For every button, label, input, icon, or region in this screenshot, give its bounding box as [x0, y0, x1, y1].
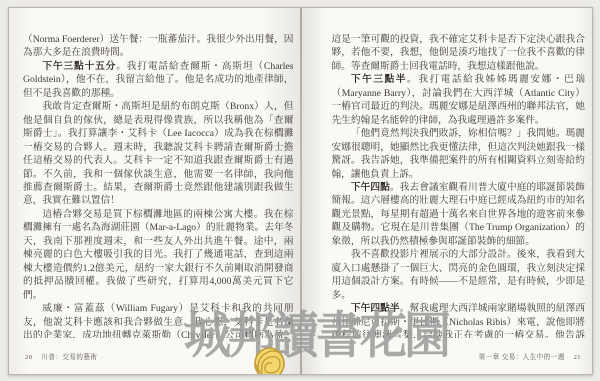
- right-page: 這是一筆可觀的投資，我不確定艾科卡是否下定決心跟我合夥，若他不要，我想，他倒是湊…: [301, 8, 593, 374]
- paragraph: 威廉・富蓋茲（William Fugary）是艾科卡和我的共同朋友，他說艾科卡應…: [23, 302, 294, 338]
- paragraph: 下午四點。我去會議室觀看川普大廈中庭的耶誕節裝飾簡報。這六層樓高的壯麗大理石中庭…: [332, 181, 586, 248]
- paragraph: 下午三點十五分。我打電話給查爾斯・高斯坦（Charles Goldstein），…: [23, 60, 294, 100]
- paragraph: 下午四點半。幫我處理大西洋城兩家賭場執照的紐澤西州律師尼可拉斯・里比斯（Nich…: [332, 302, 586, 338]
- left-page-text: （Norma Foerderer）送午餐：一瓶蕃茄汁。我很少外出用餐，因為那大多…: [23, 33, 294, 338]
- right-page-text: 這是一筆可觀的投資，我不確定艾科卡是否下定決心跟我合夥，若他不要，我想，他倒是湊…: [332, 33, 586, 338]
- left-page-footer: 20川普：交易的藝術: [25, 351, 97, 361]
- paragraph: （Norma Foerderer）送午餐：一瓶蕃茄汁。我很少外出用餐，因為那大多…: [23, 33, 294, 60]
- chapter-title: 第一章 交易：人生中的一週: [479, 354, 565, 361]
- page-gutter: [300, 8, 302, 374]
- book-title: 川普：交易的藝術: [41, 354, 97, 361]
- paragraph: 我敢肯定查爾斯・高斯坦是紐約布朗克斯（Bronx）人，但他是個自負的傢伙，總是表…: [23, 100, 294, 208]
- time-heading: 下午三點半: [351, 74, 407, 85]
- time-heading: 下午四點: [351, 182, 390, 193]
- left-page: （Norma Foerderer）送午餐：一瓶蕃茄汁。我很少外出用餐，因為那大多…: [9, 8, 301, 374]
- paragraph: 這是一筆可觀的投資，我不確定艾科卡是否下定決心跟我合夥，若他不要，我想，他倒是湊…: [332, 33, 586, 73]
- time-heading: 下午四點半: [351, 303, 400, 314]
- book-photo: （Norma Foerderer）送午餐：一瓶蕃茄汁。我很少外出用餐，因為那大多…: [0, 0, 600, 381]
- right-page-number: 21: [574, 354, 581, 361]
- left-page-number: 20: [25, 354, 32, 361]
- paragraph: 這樁合夥交易是買下棕櫚灘地區的兩棟公寓大樓。我在棕櫚灘擁有一處名為海湖莊園（Ma…: [23, 208, 294, 302]
- paragraph: 「他們竟然判決我們敗訴，妳相信嗎？」我問她。瑪麗安娜很聰明，她顯然比我更懂法律，…: [332, 127, 586, 181]
- right-page-footer: 第一章 交易：人生中的一週21: [479, 351, 581, 361]
- time-heading: 下午三點十五分: [42, 61, 116, 72]
- paragraph: 下午三點半。我打電話給我姊姊瑪麗安娜・巴瑞（Maryanne Barry），討論…: [332, 73, 586, 127]
- paragraph: 我不喜歡投影片裡展示的大部分設計。後來，我看到大廈入口處懸掛了一個巨大、閃亮的金…: [332, 248, 586, 302]
- book-spread: （Norma Foerderer）送午餐：一瓶蕃茄汁。我很少外出用餐，因為那大多…: [8, 7, 593, 375]
